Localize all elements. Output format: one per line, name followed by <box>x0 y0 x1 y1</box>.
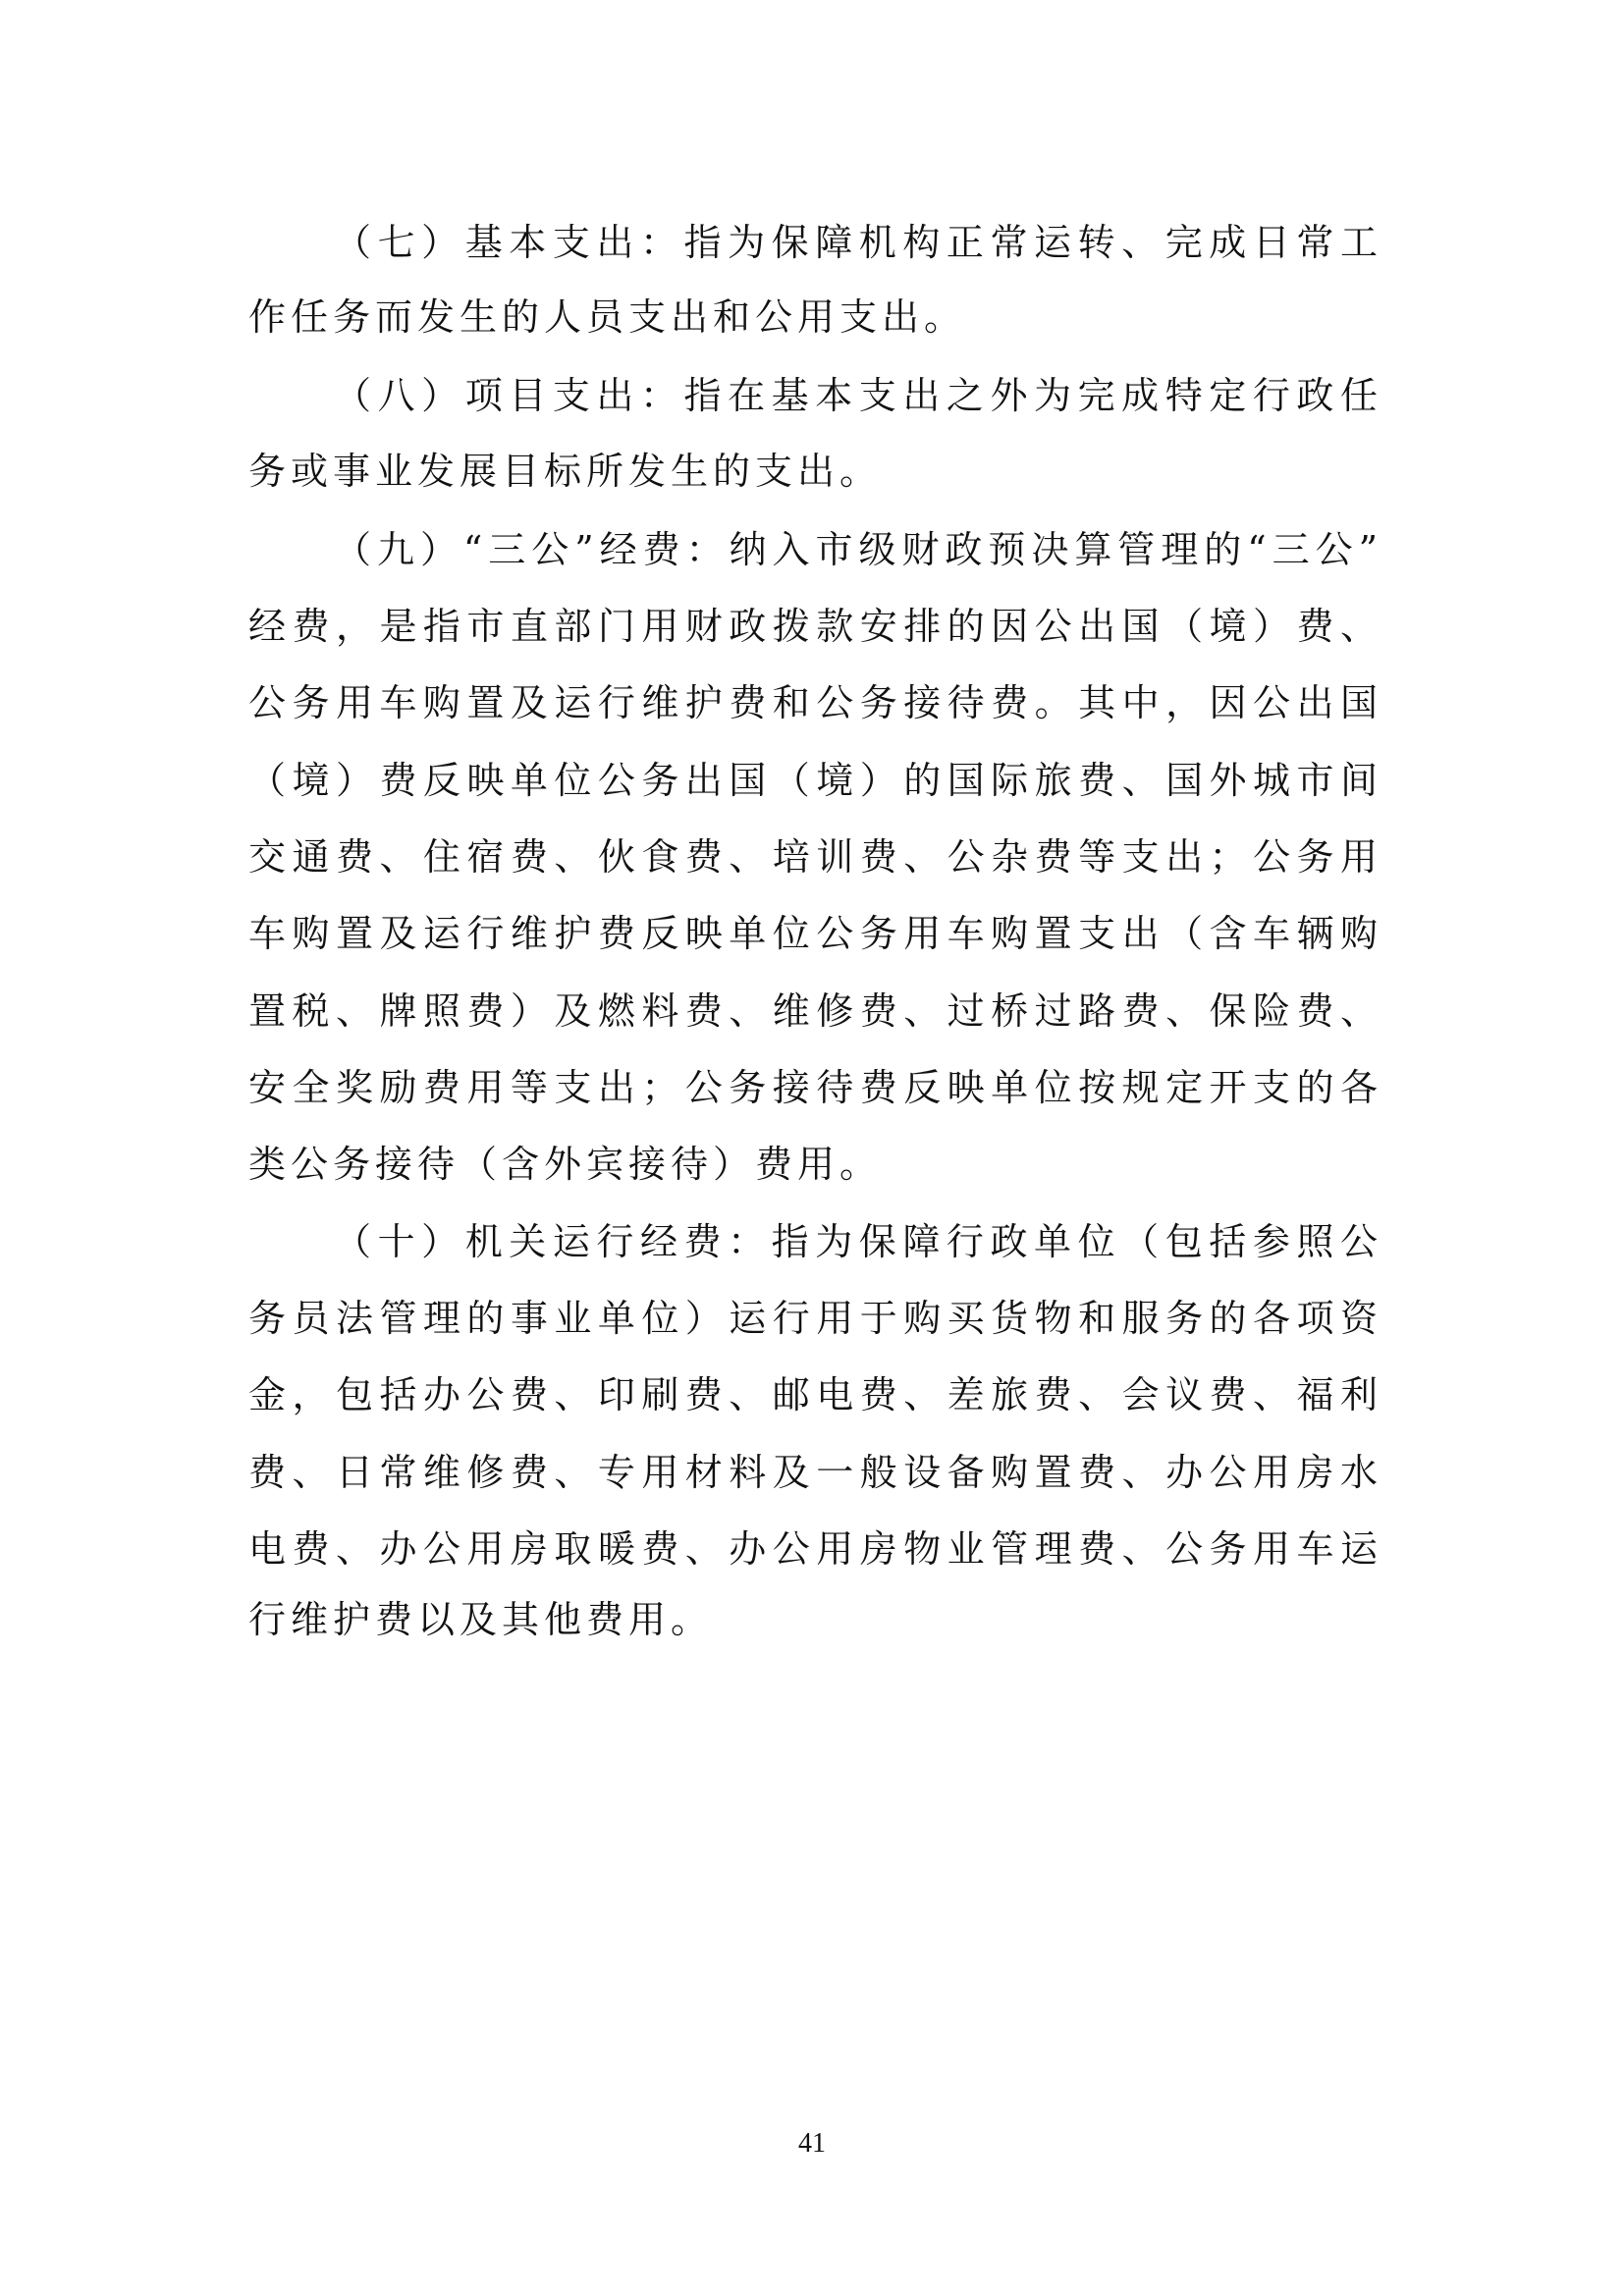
paragraph-9-line-7: 置税、牌照费）及燃料费、维修费、过桥过路费、保险费、 <box>248 984 1378 1039</box>
paragraph-10-line-1: （十）机关运行经费：指为保障行政单位（包括参照公 <box>334 1214 1378 1269</box>
paragraph-10-line-3: 金，包括办公费、印刷费、邮电费、差旅费、会议费、福利 <box>248 1367 1378 1422</box>
paragraph-9-line-5: 交通费、住宿费、伙食费、培训费、公杂费等支出；公务用 <box>248 829 1378 884</box>
document-page: （七）基本支出：指为保障机构正常运转、完成日常工 作任务而发生的人员支出和公用支… <box>0 0 1624 2296</box>
paragraph-10-line-5: 电费、办公用房取暖费、办公用房物业管理费、公务用车运 <box>248 1522 1378 1576</box>
paragraph-10-line-2: 务员法管理的事业单位）运行用于购买货物和服务的各项资 <box>248 1291 1378 1346</box>
paragraph-8-line-2: 务或事业发展目标所发生的支出。 <box>248 444 1378 499</box>
paragraph-7-line-2: 作任务而发生的人员支出和公用支出。 <box>248 290 1378 345</box>
paragraph-10-line-6: 行维护费以及其他费用。 <box>248 1592 1378 1647</box>
paragraph-9-line-9: 类公务接待（含外宾接待）费用。 <box>248 1137 1378 1192</box>
paragraph-9-line-6: 车购置及运行维护费反映单位公务用车购置支出（含车辆购 <box>248 906 1378 961</box>
paragraph-9-line-4: （境）费反映单位公务出国（境）的国际旅费、国外城市间 <box>248 753 1378 808</box>
page-number: 41 <box>785 2128 839 2160</box>
paragraph-9-line-1: （九）“三公”经费：纳入市级财政预决算管理的“三公” <box>334 522 1378 577</box>
paragraph-10-line-4: 费、日常维修费、专用材料及一般设备购置费、办公用房水 <box>248 1445 1378 1500</box>
paragraph-9-line-3: 公务用车购置及运行维护费和公务接待费。其中，因公出国 <box>248 675 1378 730</box>
paragraph-8-line-1: （八）项目支出：指在基本支出之外为完成特定行政任 <box>334 368 1378 423</box>
paragraph-9-line-8: 安全奖励费用等支出；公务接待费反映单位按规定开支的各 <box>248 1060 1378 1115</box>
paragraph-7-line-1: （七）基本支出：指为保障机构正常运转、完成日常工 <box>334 215 1378 270</box>
paragraph-9-line-2: 经费，是指市直部门用财政拨款安排的因公出国（境）费、 <box>248 599 1378 654</box>
